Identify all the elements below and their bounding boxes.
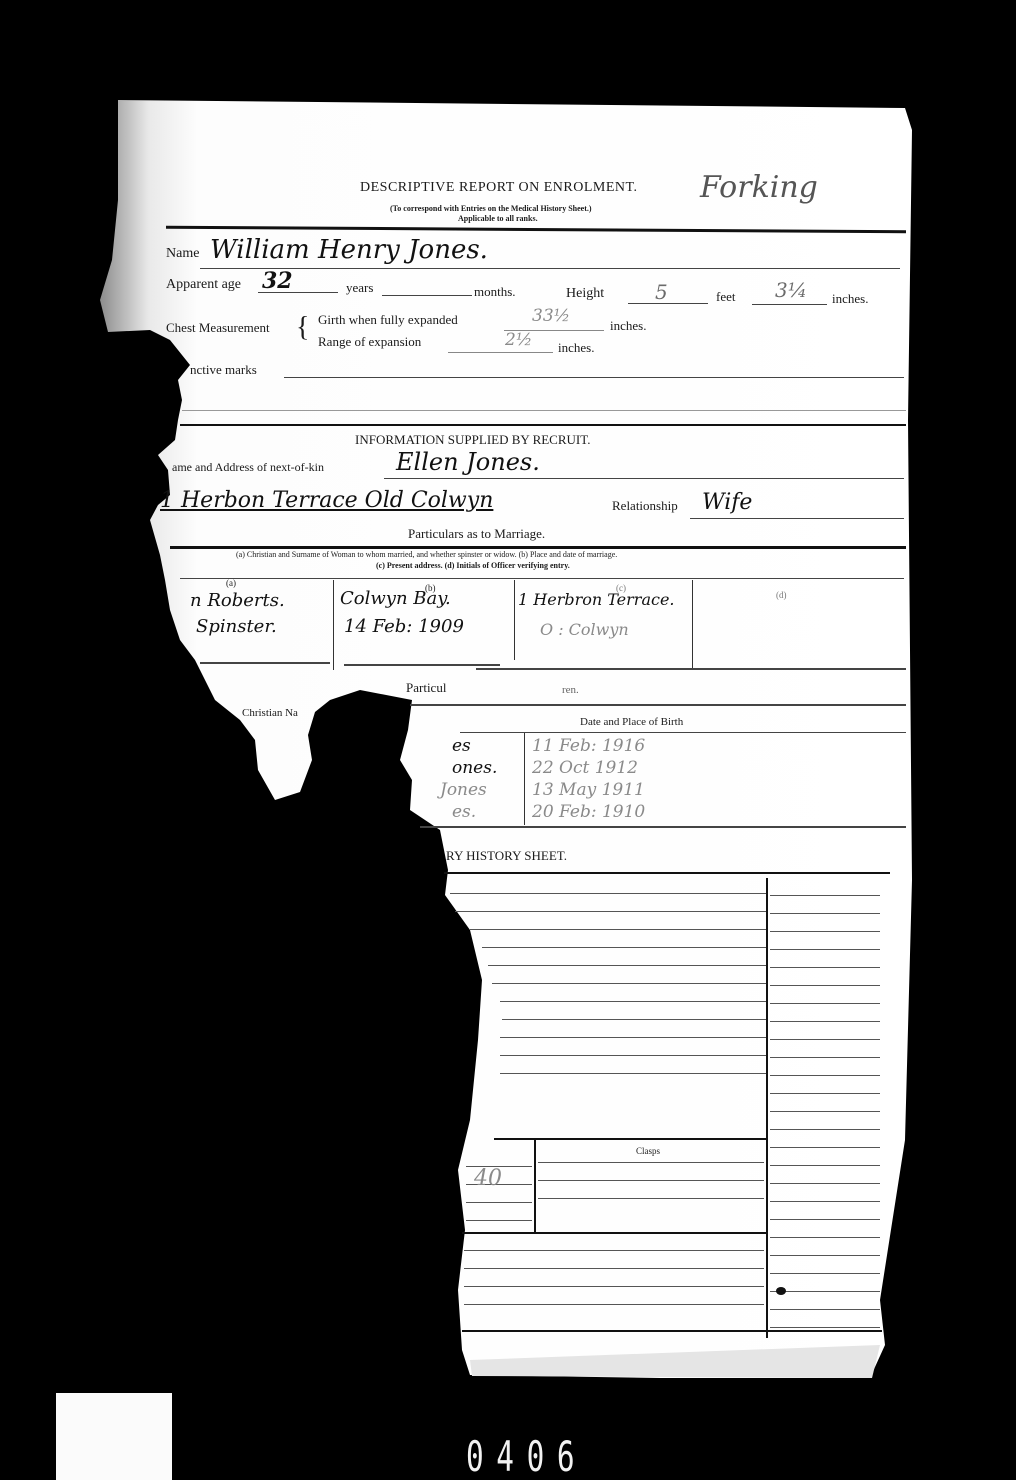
col-a-marker: (a) bbox=[226, 578, 236, 588]
present-address-line2: O : Colwyn bbox=[540, 620, 629, 639]
distinctive-marks-line bbox=[284, 377, 904, 378]
ruled-line bbox=[450, 893, 766, 894]
years-label: years bbox=[346, 280, 373, 296]
ruled-line bbox=[770, 1327, 880, 1328]
ruled-line bbox=[770, 1075, 880, 1076]
chest-brace: { bbox=[296, 312, 309, 344]
ruled-line bbox=[770, 1309, 880, 1310]
range-value: 2½ bbox=[505, 330, 532, 350]
children-col-divider bbox=[524, 733, 525, 825]
ruled-line bbox=[488, 965, 766, 966]
marriage-bottom-line bbox=[476, 668, 906, 670]
ruled-line bbox=[500, 1037, 766, 1038]
ruled-line bbox=[538, 1180, 764, 1181]
history-top-divider bbox=[444, 872, 890, 874]
clasps-label: Clasps bbox=[636, 1146, 660, 1156]
name-value: William Henry Jones. bbox=[210, 235, 488, 265]
child-name-fragment: Jones bbox=[440, 780, 487, 800]
children-birth-header: Date and Place of Birth bbox=[580, 716, 683, 728]
ruled-line bbox=[770, 1021, 880, 1022]
child-birth-date: 20 Feb: 1910 bbox=[532, 802, 645, 822]
months-line bbox=[382, 295, 472, 296]
marriage-col-divider-bc bbox=[514, 580, 515, 660]
ruled-line bbox=[482, 947, 766, 948]
marriage-place: Colwyn Bay. bbox=[340, 588, 451, 609]
marriage-heading: Particulars as to Marriage. bbox=[408, 526, 545, 542]
height-feet-value: 5 bbox=[655, 280, 668, 304]
girth-value: 33½ bbox=[532, 306, 570, 326]
wife-status: Spinster. bbox=[196, 616, 277, 637]
ruled-line bbox=[770, 1003, 880, 1004]
ruled-line bbox=[770, 895, 880, 896]
handwritten-annotation: Forking bbox=[700, 170, 818, 205]
ruled-line bbox=[770, 931, 880, 932]
inches-line bbox=[752, 304, 827, 305]
history-sheet-heading: RY HISTORY SHEET. bbox=[446, 848, 567, 864]
ruled-line bbox=[770, 1165, 880, 1166]
ruled-line bbox=[464, 1268, 764, 1269]
ruled-line bbox=[770, 1147, 880, 1148]
ruled-line bbox=[538, 1162, 764, 1163]
ruled-line bbox=[770, 913, 880, 914]
wife-name: n Roberts. bbox=[190, 590, 285, 611]
children-bottom-line bbox=[420, 826, 906, 828]
ruled-line bbox=[770, 1201, 880, 1202]
ruled-line bbox=[464, 1250, 764, 1251]
chest-label: Chest Measurement bbox=[166, 320, 270, 336]
marriage-col-divider-cd bbox=[692, 580, 693, 670]
ruled-line bbox=[770, 1291, 880, 1292]
marriage-date: 14 Feb: 1909 bbox=[344, 616, 464, 637]
marriage-legend-line2: (c) Present address. (d) Initials of Off… bbox=[376, 561, 570, 570]
ruled-line bbox=[492, 983, 766, 984]
marriage-legend-line1: (a) Christian and Surname of Woman to wh… bbox=[236, 550, 617, 559]
ruled-line bbox=[538, 1198, 764, 1199]
distinctive-marks-label: nctive marks bbox=[190, 362, 257, 378]
marriage-divider bbox=[170, 546, 906, 549]
ruled-line bbox=[470, 929, 766, 930]
feet-label: feet bbox=[716, 289, 735, 305]
ruled-line bbox=[466, 1220, 532, 1221]
ruled-line bbox=[770, 967, 880, 968]
girth-unit: inches. bbox=[610, 318, 646, 334]
ruled-line bbox=[464, 1304, 764, 1305]
history-bottom-line bbox=[462, 1330, 882, 1332]
ruled-line bbox=[770, 1057, 880, 1058]
marriage-col-divider-ab bbox=[333, 580, 334, 670]
col-b-underline bbox=[344, 664, 500, 666]
relationship-line bbox=[690, 518, 904, 519]
ruled-line bbox=[500, 1055, 766, 1056]
range-label: Range of expansion bbox=[318, 334, 421, 350]
ruled-line bbox=[770, 1255, 880, 1256]
ruled-line bbox=[770, 1129, 880, 1130]
months-label: months. bbox=[474, 284, 516, 300]
children-heading-fragment-right: ren. bbox=[562, 684, 579, 696]
name-line bbox=[200, 268, 900, 269]
age-label: Apparent age bbox=[166, 277, 241, 293]
children-header-line bbox=[410, 704, 906, 706]
child-birth-date: 11 Feb: 1916 bbox=[532, 736, 645, 756]
ruled-line bbox=[770, 1237, 880, 1238]
ruled-line bbox=[502, 1019, 766, 1020]
scan-target-card bbox=[56, 1393, 172, 1480]
document-title: DESCRIPTIVE REPORT ON ENROLMENT. bbox=[360, 180, 638, 196]
feet-line bbox=[628, 303, 708, 304]
relationship-label: Relationship bbox=[612, 498, 678, 514]
girth-label: Girth when fully expanded bbox=[318, 312, 458, 328]
ruled-line bbox=[770, 1093, 880, 1094]
next-of-kin-name: Ellen Jones. bbox=[396, 448, 540, 476]
child-name-fragment: es bbox=[452, 736, 471, 756]
recruit-info-heading: INFORMATION SUPPLIED BY RECRUIT. bbox=[355, 432, 590, 448]
range-unit: inches. bbox=[558, 340, 594, 356]
document-subtitle: (To correspond with Entries on the Medic… bbox=[390, 204, 592, 213]
marriage-header-line bbox=[180, 578, 904, 579]
range-line bbox=[448, 352, 553, 353]
document-subtitle-ranks: Applicable to all ranks. bbox=[458, 214, 538, 223]
next-of-kin-label: ame and Address of next-of-kin bbox=[172, 460, 324, 475]
ruled-line bbox=[770, 1219, 880, 1220]
next-of-kin-address: 1 Herbon Terrace Old Colwyn bbox=[160, 488, 493, 513]
ink-blot bbox=[776, 1287, 786, 1295]
margin-note: 40 bbox=[474, 1166, 502, 1191]
inches-label: inches. bbox=[832, 291, 868, 307]
ruled-line bbox=[464, 1286, 764, 1287]
clasps-left-divider bbox=[534, 1140, 536, 1232]
name-label: Name bbox=[166, 246, 199, 262]
ruled-line bbox=[770, 1183, 880, 1184]
col-a-underline bbox=[200, 662, 330, 664]
next-of-kin-line bbox=[384, 478, 904, 479]
present-address-line1: 1 Herbron Terrace. bbox=[518, 590, 675, 609]
section-divider bbox=[180, 424, 906, 426]
child-name-fragment: ones. bbox=[452, 758, 497, 778]
height-inches-value: 3¼ bbox=[775, 278, 807, 302]
ruled-line bbox=[466, 1202, 532, 1203]
relationship-value: Wife bbox=[702, 490, 752, 515]
col-d-marker: (d) bbox=[776, 590, 787, 600]
ruled-line bbox=[500, 1073, 766, 1074]
ruled-line bbox=[500, 1001, 766, 1002]
microfilm-frame-number: 0406 bbox=[466, 1432, 587, 1480]
child-birth-date: 13 May 1911 bbox=[532, 780, 645, 800]
clasps-bottom-line bbox=[462, 1232, 766, 1234]
ruled-line bbox=[770, 1039, 880, 1040]
ruled-line bbox=[770, 1111, 880, 1112]
ruled-line bbox=[770, 1273, 880, 1274]
height-label: Height bbox=[566, 286, 604, 302]
child-name-fragment: es. bbox=[452, 802, 476, 822]
distinctive-marks-line-2 bbox=[182, 410, 906, 411]
ruled-line bbox=[770, 949, 880, 950]
ruled-line bbox=[770, 985, 880, 986]
children-heading-fragment: Particul bbox=[406, 680, 446, 696]
history-right-col-divider bbox=[766, 878, 768, 1338]
age-line bbox=[258, 292, 338, 293]
child-birth-date: 22 Oct 1912 bbox=[532, 758, 638, 778]
children-subheader-line bbox=[460, 732, 906, 733]
age-years-value: 32 bbox=[262, 268, 293, 294]
ruled-line bbox=[455, 911, 766, 912]
children-name-header: Christian Na bbox=[242, 707, 298, 719]
